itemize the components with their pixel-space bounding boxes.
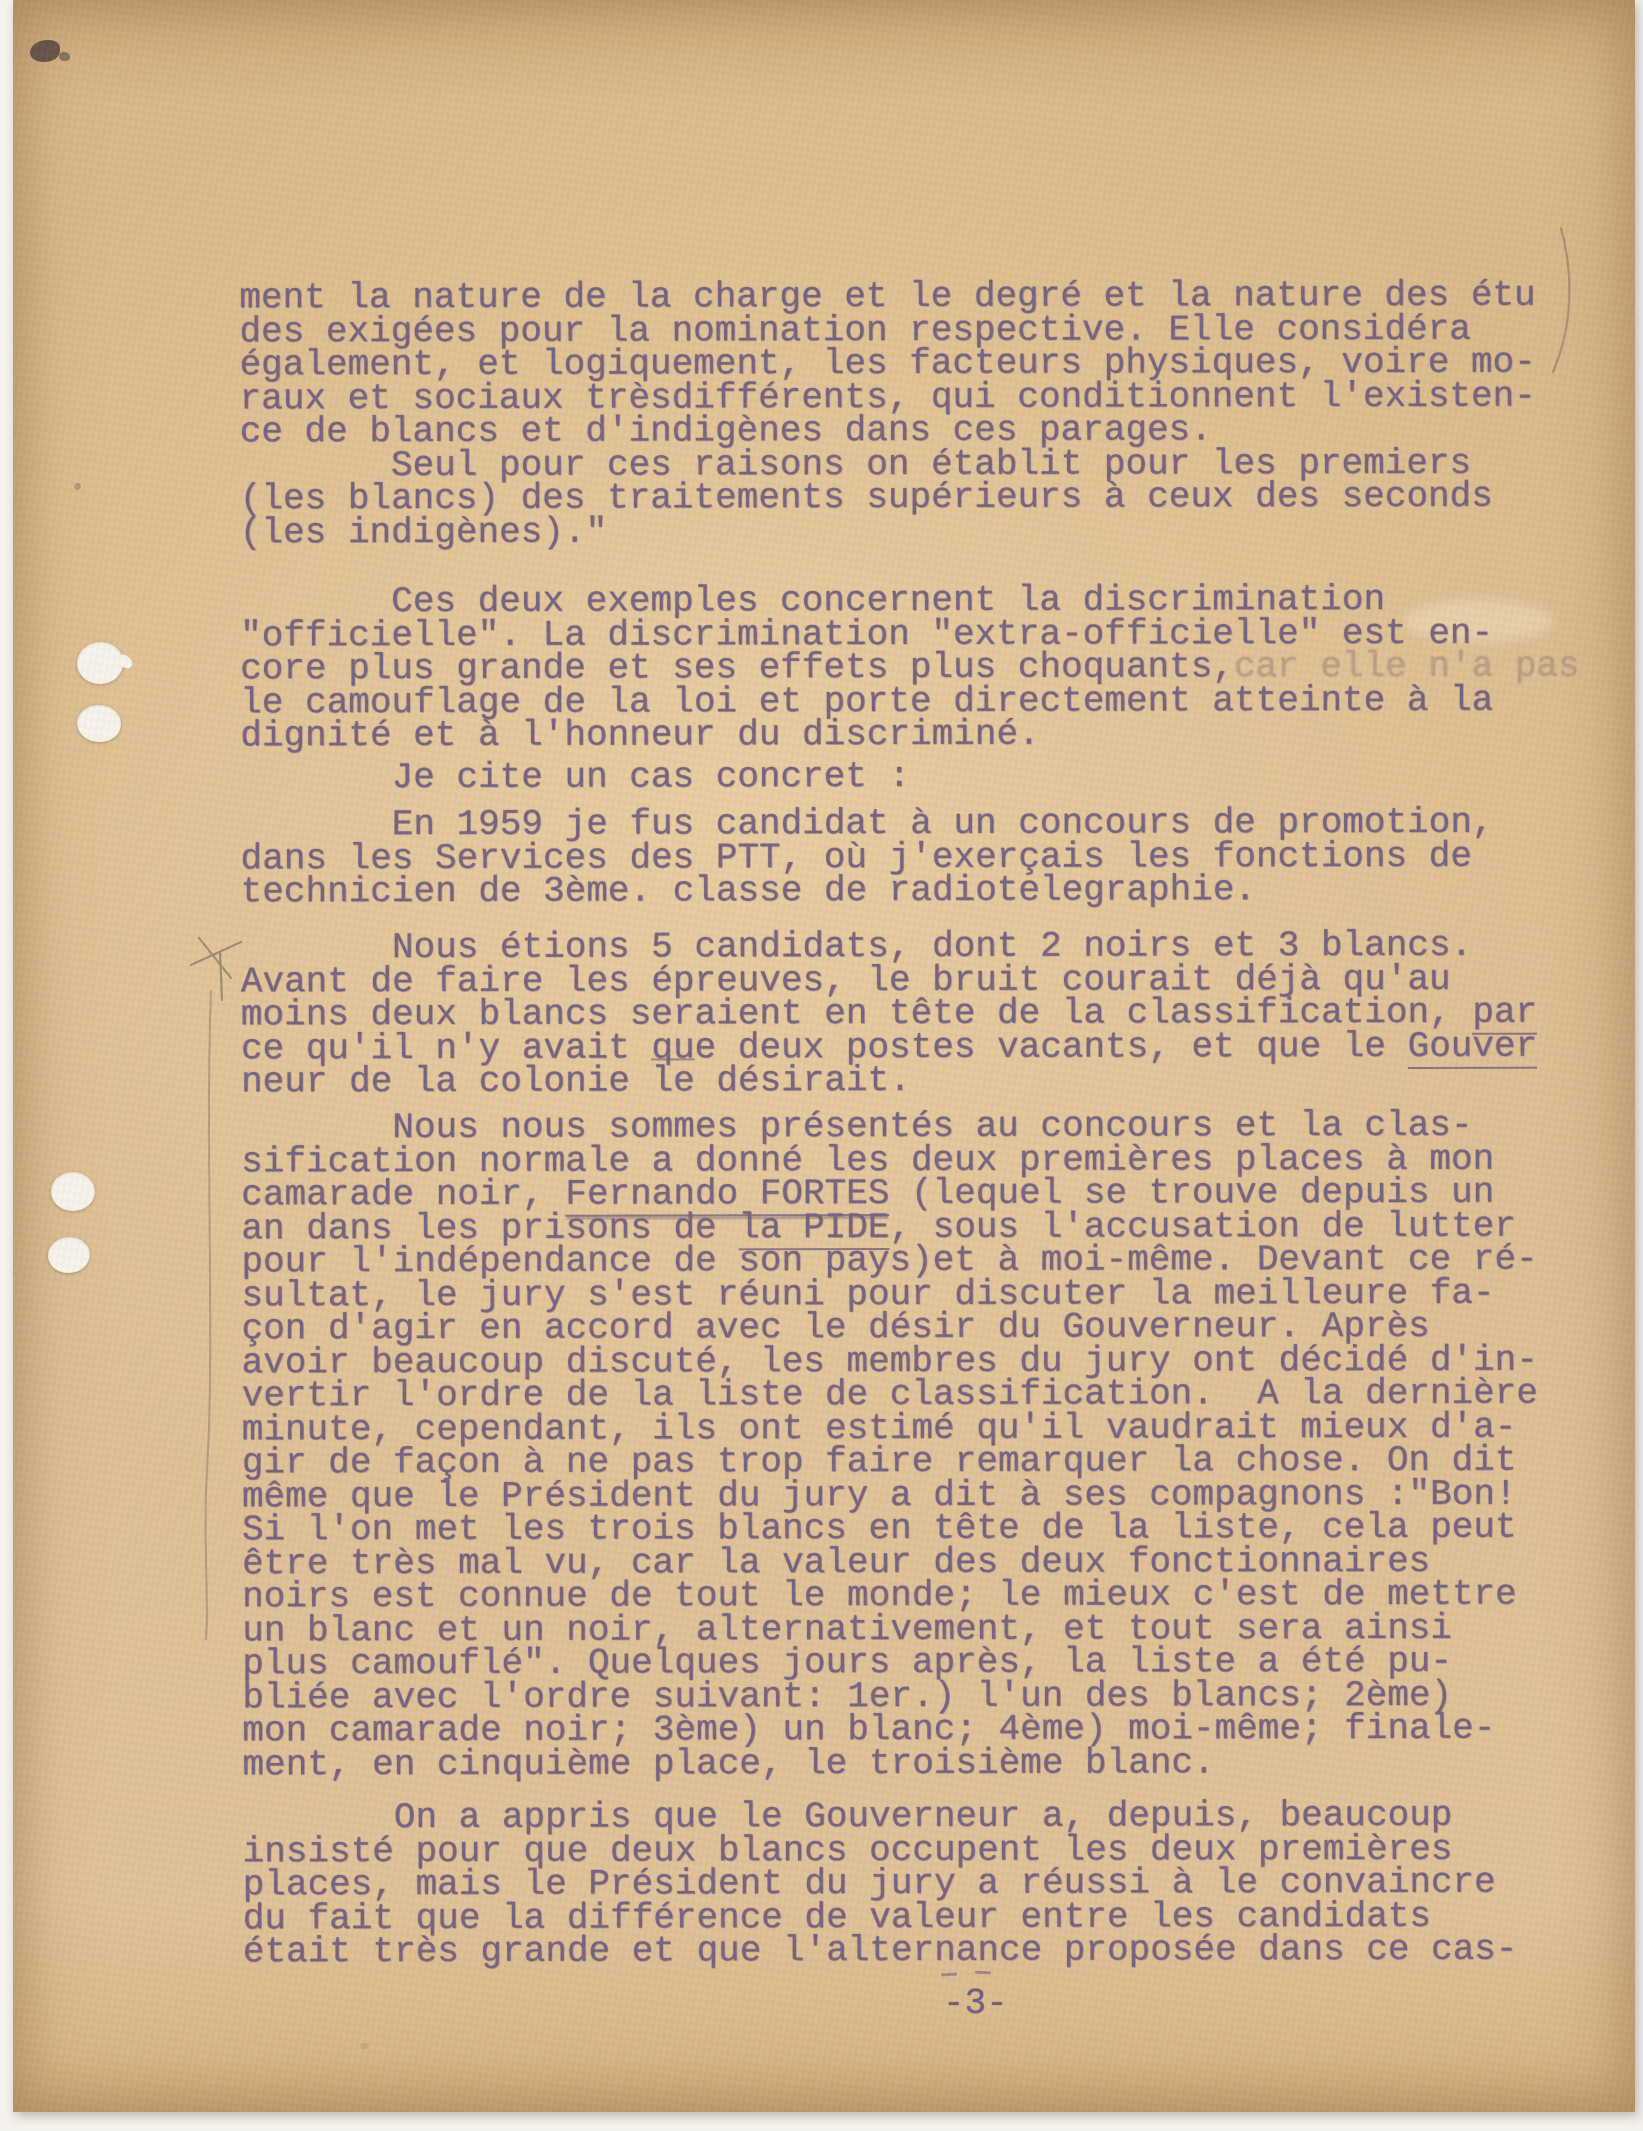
punch-hole — [51, 1172, 95, 1211]
paragraph: Nous étions 5 candidats, dont 2 noirs et… — [241, 929, 1538, 1099]
paragraph: On a appris que le Gouverneur a, depuis,… — [243, 1799, 1518, 1969]
paragraph: Ces deux exemples concernent la discrimi… — [240, 583, 1580, 753]
punch-hole — [48, 1237, 90, 1273]
text-line: ment, en cinquième place, le troisième b… — [242, 1745, 1538, 1781]
ink-speck — [59, 52, 70, 61]
page-number: -3- — [943, 1987, 1008, 2021]
page-number-overmark — [975, 1971, 991, 1975]
text-line: était très grande et que l'alternance pr… — [243, 1933, 1518, 1969]
paragraph: Nous nous sommes présentés au concours e… — [241, 1109, 1539, 1782]
text-line: neur de la colonie le désirait. — [241, 1063, 1537, 1099]
pinhole-speck — [74, 483, 81, 490]
scanned-document-page: { "document": { "type": "typewritten-let… — [0, 0, 1643, 2131]
punch-hole — [77, 705, 121, 742]
paragraph: Je cite un cas concret : — [240, 760, 910, 795]
punch-hole — [77, 642, 123, 684]
pencil-vertical-line — [206, 990, 211, 1640]
ink-blob — [30, 40, 60, 62]
paragraph: ment la nature de la charge et le degré … — [239, 279, 1536, 550]
text-line: (les indigènes)." — [240, 513, 1536, 549]
text-line: technicien de 3ème. classe de radioteleg… — [241, 873, 1494, 909]
pencil-x-mark — [191, 938, 241, 1000]
text-line: dignité et à l'honneur du discriminé. — [240, 717, 1579, 753]
typewritten-text: ment la nature de la charge et le degré … — [239, 0, 1563, 2113]
paragraph: En 1959 je fus candidat à un concours de… — [240, 806, 1493, 909]
text-line: Je cite un cas concret : — [240, 760, 910, 795]
paper-sheet: ment la nature de la charge et le degré … — [13, 0, 1635, 2112]
text-line: (les blancs) des traitements supérieurs … — [240, 480, 1536, 516]
